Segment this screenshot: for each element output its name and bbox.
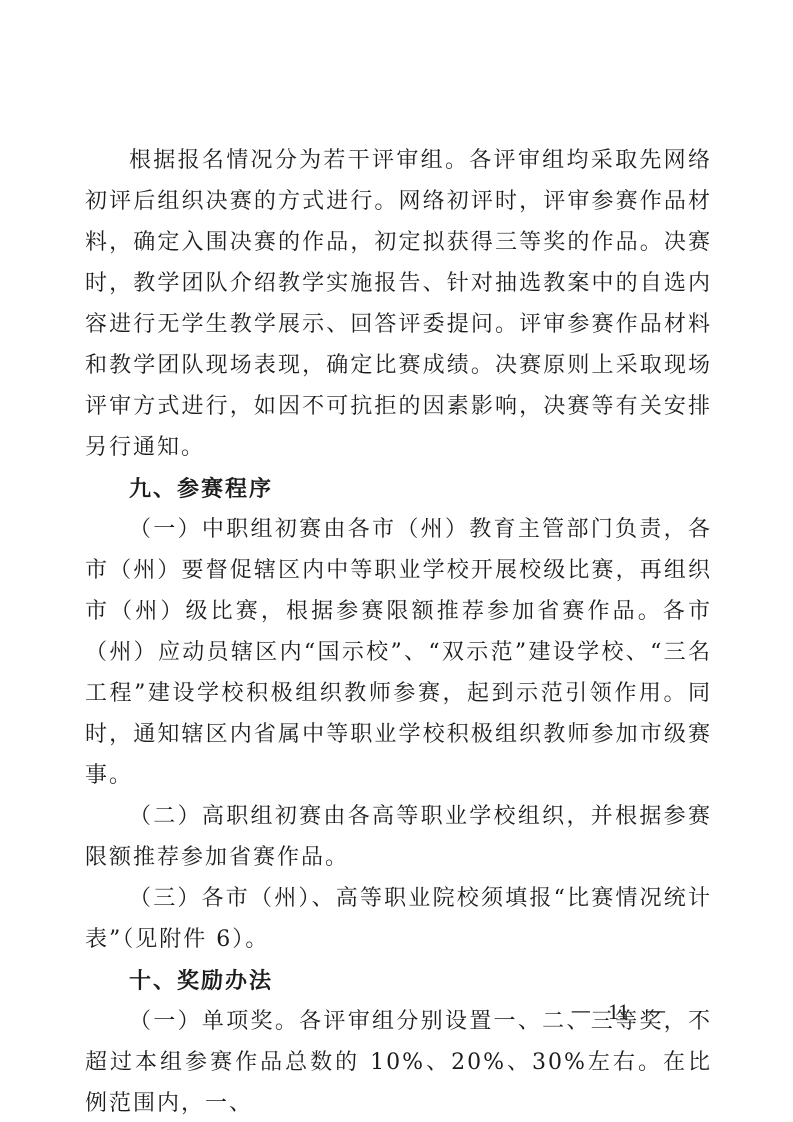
paragraph-review-process: 根据报名情况分为若干评审组。各评审组均采取先网络初评后组织决赛的方式进行。网络初… <box>85 140 712 468</box>
page-number-left-dash: — <box>571 998 591 1022</box>
document-body: 根据报名情况分为若干评审组。各评审组均采取先网络初评后组织决赛的方式进行。网络初… <box>85 140 712 1122</box>
section-heading-9: 九、参赛程序 <box>85 468 712 509</box>
page-footer: — 11 — <box>85 997 712 1028</box>
paragraph-item-3-statistics-form: （三）各市（州）、高等职业院校须填报“比赛情况统计表”（见附件 6）。 <box>85 878 712 960</box>
page-number: — 11 — <box>571 997 666 1028</box>
paragraph-item-2-higher-vocational: （二）高职组初赛由各高等职业学校组织，并根据参赛限额推荐参加省赛作品。 <box>85 796 712 878</box>
page-number-value: 11 <box>608 999 629 1024</box>
section-heading-10: 十、奖励办法 <box>85 960 712 1001</box>
page-number-right-dash: — <box>646 998 666 1022</box>
document-page: 根据报名情况分为若干评审组。各评审组均采取先网络初评后组织决赛的方式进行。网络初… <box>0 0 793 1122</box>
paragraph-item-1-secondary-vocational: （一）中职组初赛由各市（州）教育主管部门负责，各市（州）要督促辖区内中等职业学校… <box>85 509 712 796</box>
